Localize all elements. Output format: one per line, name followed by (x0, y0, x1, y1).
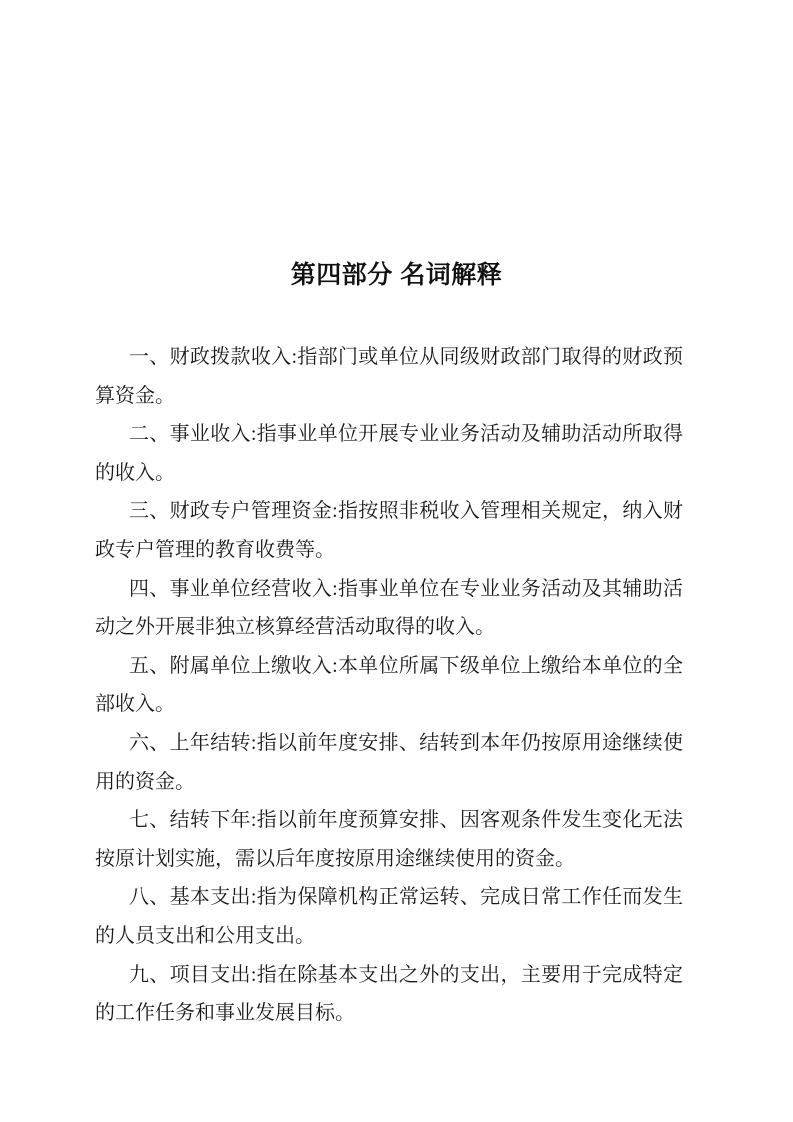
definition-paragraph-3: 三、财政专户管理资金:指按照非税收入管理相关规定，纳入财政专户管理的教育收费等。 (95, 492, 683, 569)
definition-paragraph-6: 六、上年结转:指以前年度安排、结转到本年仍按原用途继续使用的资金。 (95, 724, 683, 801)
definition-paragraph-5: 五、附属单位上缴收入:本单位所属下级单位上缴给本单位的全部收入。 (95, 647, 683, 724)
definition-paragraph-7: 七、结转下年:指以前年度预算安排、因客观条件发生变化无法按原计划实施，需以后年度… (95, 801, 683, 878)
definition-paragraph-9: 九、项目支出:指在除基本支出之外的支出，主要用于完成特定的工作任务和事业发展目标… (95, 956, 683, 1033)
definition-paragraph-2: 二、事业收入:指事业单位开展专业业务活动及辅助活动所取得的收入。 (95, 415, 683, 492)
document-page: 第四部分 名词解释 一、财政拨款收入:指部门或单位从同级财政部门取得的财政预算资… (0, 0, 793, 1122)
definitions-section: 一、财政拨款收入:指部门或单位从同级财政部门取得的财政预算资金。 二、事业收入:… (0, 338, 793, 1033)
definition-paragraph-4: 四、事业单位经营收入:指事业单位在专业业务活动及其辅助活动之外开展非独立核算经营… (95, 570, 683, 647)
definition-paragraph-1: 一、财政拨款收入:指部门或单位从同级财政部门取得的财政预算资金。 (95, 338, 683, 415)
page-title: 第四部分 名词解释 (0, 0, 793, 291)
definition-paragraph-8: 八、基本支出:指为保障机构正常运转、完成日常工作任而发生的人员支出和公用支出。 (95, 878, 683, 955)
